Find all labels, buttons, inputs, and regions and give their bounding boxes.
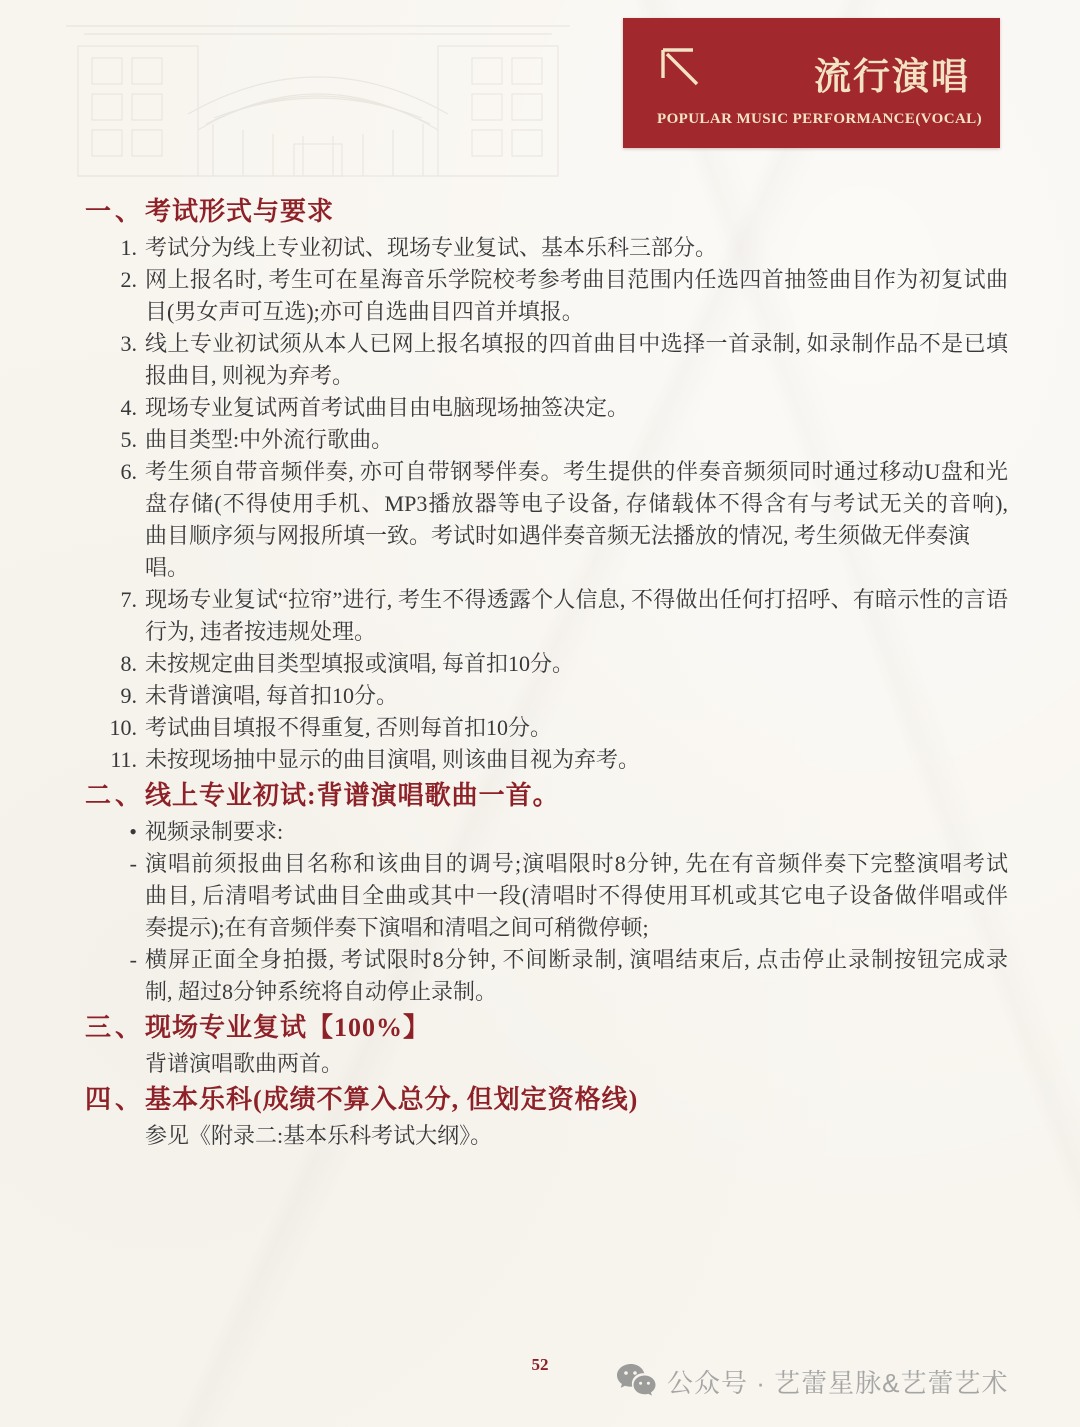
text-line: 曲目, 后清唱考试曲目全曲或其中一段(清唱时不得使用耳机或其它电子设备做伴唱或伴	[145, 880, 1008, 912]
list-item: -横屏正面全身拍摄, 考试限时8分钟, 不间断录制, 演唱结束后, 点击停止录制…	[85, 944, 1008, 1008]
section-title: 基本乐科(成绩不算入总分, 但划定资格线)	[145, 1080, 1008, 1120]
section-heading: 一、考试形式与要求	[85, 192, 1008, 232]
list-item: •视频录制要求:	[85, 816, 1008, 848]
item-text: 演唱前须报曲目名称和该曲目的调号;演唱限时8分钟, 先在有音频伴奏下完整演唱考试…	[145, 848, 1008, 944]
text-line: 制, 超过8分钟系统将自动停止录制。	[145, 976, 1008, 1008]
building-watermark-image	[58, 12, 578, 187]
item-marker: -	[85, 848, 137, 944]
list-item: 6.考生须自带音频伴奏, 亦可自带钢琴伴奏。考生提供的伴奏音频须同时通过移动U盘…	[85, 456, 1008, 584]
text-line: 奏提示);在有音频伴奏下演唱和清唱之间可稍微停顿;	[145, 912, 1008, 944]
item-text: 现场专业复试“拉帘”进行, 考生不得透露个人信息, 不得做出任何打招呼、有暗示性…	[145, 584, 1008, 648]
section: 二、线上专业初试:背谱演唱歌曲一首。•视频录制要求:-演唱前须报曲目名称和该曲目…	[85, 776, 1008, 1008]
item-text: 考试曲目填报不得重复, 否则每首扣10分。	[145, 712, 1008, 744]
section-title: 线上专业初试:背谱演唱歌曲一首。	[145, 776, 1008, 816]
text-line: 未背谱演唱, 每首扣10分。	[145, 680, 1008, 712]
section: 四、基本乐科(成绩不算入总分, 但划定资格线)参见《附录二:基本乐科考试大纲》。	[85, 1080, 1008, 1152]
text-line: 盘存储(不得使用手机、MP3播放器等电子设备, 存储载体不得含有与考试无关的音响…	[145, 488, 1008, 520]
section-title: 考试形式与要求	[145, 192, 1008, 232]
item-marker: 5.	[85, 424, 137, 456]
item-marker: 9.	[85, 680, 137, 712]
item-marker	[85, 1048, 137, 1080]
list-item: 8.未按规定曲目类型填报或演唱, 每首扣10分。	[85, 648, 1008, 680]
wechat-icon	[615, 1362, 657, 1400]
section: 三、现场专业复试【100%】背谱演唱歌曲两首。	[85, 1008, 1008, 1080]
list-item: 4.现场专业复试两首考试曲目由电脑现场抽签决定。	[85, 392, 1008, 424]
item-marker: 2.	[85, 264, 137, 328]
text-line: 考生须自带音频伴奏, 亦可自带钢琴伴奏。考生提供的伴奏音频须同时通过移动U盘和光	[145, 456, 1008, 488]
program-banner: 流行演唱 POPULAR MUSIC PERFORMANCE(VOCAL)	[623, 18, 1000, 148]
list-item: 2.网上报名时, 考生可在星海音乐学院校考参考曲目范围内任选四首抽签曲目作为初复…	[85, 264, 1008, 328]
list-item: 10.考试曲目填报不得重复, 否则每首扣10分。	[85, 712, 1008, 744]
item-marker: -	[85, 944, 137, 1008]
item-text: 考试分为线上专业初试、现场专业复试、基本乐科三部分。	[145, 232, 1008, 264]
text-line: 未按现场抽中显示的曲目演唱, 则该曲目视为弃考。	[145, 744, 1008, 776]
item-text: 视频录制要求:	[145, 816, 1008, 848]
list-item: 背谱演唱歌曲两首。	[85, 1048, 1008, 1080]
section-number: 二、	[85, 776, 145, 816]
item-marker: 1.	[85, 232, 137, 264]
item-text: 未按规定曲目类型填报或演唱, 每首扣10分。	[145, 648, 1008, 680]
text-line: 行为, 违者按违规处理。	[145, 616, 1008, 648]
item-text: 未按现场抽中显示的曲目演唱, 则该曲目视为弃考。	[145, 744, 1008, 776]
text-line: 考试曲目填报不得重复, 否则每首扣10分。	[145, 712, 1008, 744]
section-heading: 二、线上专业初试:背谱演唱歌曲一首。	[85, 776, 1008, 816]
item-text: 网上报名时, 考生可在星海音乐学院校考参考曲目范围内任选四首抽签曲目作为初复试曲…	[145, 264, 1008, 328]
list-item: 9.未背谱演唱, 每首扣10分。	[85, 680, 1008, 712]
item-text: 未背谱演唱, 每首扣10分。	[145, 680, 1008, 712]
item-text: 参见《附录二:基本乐科考试大纲》。	[145, 1120, 1008, 1152]
banner-title: 流行演唱	[814, 46, 970, 100]
text-line: 现场专业复试“拉帘”进行, 考生不得透露个人信息, 不得做出任何打招呼、有暗示性…	[145, 584, 1008, 616]
text-line: 线上专业初试须从本人已网上报名填报的四首曲目中选择一首录制, 如录制作品不是已填	[145, 328, 1008, 360]
section-number: 一、	[85, 192, 145, 232]
item-marker: 11.	[85, 744, 137, 776]
list-item: 5.曲目类型:中外流行歌曲。	[85, 424, 1008, 456]
text-line: 背谱演唱歌曲两首。	[145, 1048, 1008, 1080]
item-marker: 6.	[85, 456, 137, 584]
item-marker: 10.	[85, 712, 137, 744]
text-line: 报曲目, 则视为弃考。	[145, 360, 1008, 392]
item-marker: •	[85, 816, 137, 848]
list-item: 7.现场专业复试“拉帘”进行, 考生不得透露个人信息, 不得做出任何打招呼、有暗…	[85, 584, 1008, 648]
banner-subtitle: POPULAR MUSIC PERFORMANCE(VOCAL)	[657, 111, 982, 128]
section: 一、考试形式与要求1.考试分为线上专业初试、现场专业复试、基本乐科三部分。2.网…	[85, 192, 1008, 776]
list-item: 3.线上专业初试须从本人已网上报名填报的四首曲目中选择一首录制, 如录制作品不是…	[85, 328, 1008, 392]
document-page: 流行演唱 POPULAR MUSIC PERFORMANCE(VOCAL) 一、…	[0, 0, 1080, 1427]
section-heading: 四、基本乐科(成绩不算入总分, 但划定资格线)	[85, 1080, 1008, 1120]
text-line: 网上报名时, 考生可在星海音乐学院校考参考曲目范围内任选四首抽签曲目作为初复试曲	[145, 264, 1008, 296]
text-line: 横屏正面全身拍摄, 考试限时8分钟, 不间断录制, 演唱结束后, 点击停止录制按…	[145, 944, 1008, 976]
text-line: 未按规定曲目类型填报或演唱, 每首扣10分。	[145, 648, 1008, 680]
list-item: 11.未按现场抽中显示的曲目演唱, 则该曲目视为弃考。	[85, 744, 1008, 776]
item-text: 考生须自带音频伴奏, 亦可自带钢琴伴奏。考生提供的伴奏音频须同时通过移动U盘和光…	[145, 456, 1008, 584]
list-item: 1.考试分为线上专业初试、现场专业复试、基本乐科三部分。	[85, 232, 1008, 264]
text-line: 考试分为线上专业初试、现场专业复试、基本乐科三部分。	[145, 232, 1008, 264]
text-line: 视频录制要求:	[145, 816, 1008, 848]
item-text: 横屏正面全身拍摄, 考试限时8分钟, 不间断录制, 演唱结束后, 点击停止录制按…	[145, 944, 1008, 1008]
item-marker: 3.	[85, 328, 137, 392]
text-line: 目(男女声可互选);亦可自选曲目四首并填报。	[145, 296, 1008, 328]
item-marker: 4.	[85, 392, 137, 424]
item-marker: 8.	[85, 648, 137, 680]
section-number: 四、	[85, 1080, 145, 1120]
list-item: -演唱前须报曲目名称和该曲目的调号;演唱限时8分钟, 先在有音频伴奏下完整演唱考…	[85, 848, 1008, 944]
section-title: 现场专业复试【100%】	[145, 1008, 1008, 1048]
text-line: 参见《附录二:基本乐科考试大纲》。	[145, 1120, 1008, 1152]
wechat-label: 公众号 · 艺蕾星脉&艺蕾艺术	[667, 1363, 1008, 1400]
arrow-up-left-icon	[657, 44, 701, 88]
text-line: 曲目顺序须与网报所填一致。考试时如遇伴奏音频无法播放的情况, 考生须做无伴奏演唱…	[145, 520, 1008, 584]
text-line: 曲目类型:中外流行歌曲。	[145, 424, 1008, 456]
item-text: 现场专业复试两首考试曲目由电脑现场抽签决定。	[145, 392, 1008, 424]
text-line: 现场专业复试两首考试曲目由电脑现场抽签决定。	[145, 392, 1008, 424]
item-marker	[85, 1120, 137, 1152]
item-text: 背谱演唱歌曲两首。	[145, 1048, 1008, 1080]
section-number: 三、	[85, 1008, 145, 1048]
wechat-watermark: 公众号 · 艺蕾星脉&艺蕾艺术	[615, 1362, 1008, 1400]
section-heading: 三、现场专业复试【100%】	[85, 1008, 1008, 1048]
list-item: 参见《附录二:基本乐科考试大纲》。	[85, 1120, 1008, 1152]
item-marker: 7.	[85, 584, 137, 648]
item-text: 线上专业初试须从本人已网上报名填报的四首曲目中选择一首录制, 如录制作品不是已填…	[145, 328, 1008, 392]
text-line: 演唱前须报曲目名称和该曲目的调号;演唱限时8分钟, 先在有音频伴奏下完整演唱考试	[145, 848, 1008, 880]
sections: 一、考试形式与要求1.考试分为线上专业初试、现场专业复试、基本乐科三部分。2.网…	[85, 192, 1008, 1152]
item-text: 曲目类型:中外流行歌曲。	[145, 424, 1008, 456]
